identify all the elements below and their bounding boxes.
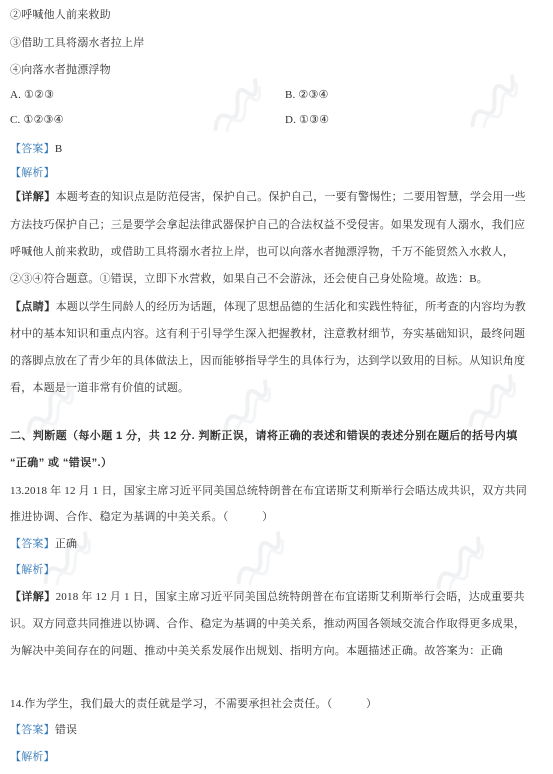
text-run: 识。双方同意共同推进以协调、合作、稳定为基调的中美关系，推动两国各领域交流合作取… xyxy=(10,618,525,630)
q12-note-line: 看，本题是一道非常有价值的试题。 xyxy=(10,381,189,396)
text-run: D. ①③④ xyxy=(285,114,329,126)
exam-document-page: ②呼喊他人前来救助③借助工具将溺水者拉上岸④向落水者抛漂浮物A. ①②③B. ②… xyxy=(0,0,553,774)
q13-detail-line: 【详解】2018 年 12 月 1 日，国家主席习近平同美国总统特朗普在布宜诺斯… xyxy=(10,590,525,605)
section2-heading-line-2: “正确” 或 “错误”.） xyxy=(10,456,112,471)
answer-label: 【答案】 xyxy=(10,724,55,736)
watermark-squiggle xyxy=(457,62,553,138)
note-label: 【点睛】 xyxy=(10,301,56,313)
text-run: C. ①②③④ xyxy=(10,114,64,126)
text-run: 为解决中美间存在的问题、推动中美关系发展作出规划、指明方向。本题描述正确。故答案… xyxy=(10,645,503,657)
text-run: ②③④符合题意。①错误，立即下水营救，如果自己不会游泳，还会使自己身处险境。故选… xyxy=(10,273,488,285)
q13-detail-line: 为解决中美间存在的问题、推动中美关系发展作出规划、指明方向。本题描述正确。故答案… xyxy=(10,644,503,659)
q13-detail-line: 识。双方同意共同推进以协调、合作、稳定为基调的中美关系，推动两国各领域交流合作取… xyxy=(10,617,525,632)
q12-detail-line: 方法技巧保护自己；三是要学会拿起法律武器保护自己的合法权益不受侵害。如果发现有人… xyxy=(10,218,525,233)
text-run: 本题以学生同龄人的经历为话题，体现了思想品德的生活化和实践性特征，所考查的内容均… xyxy=(56,301,526,313)
q12-choice-c: C. ①②③④ xyxy=(10,113,64,128)
answer-value: B xyxy=(55,143,63,155)
text-run: ③借助工具将溺水者拉上岸 xyxy=(10,37,144,49)
text-run: 二、判断题（每小题 1 分，共 12 分. 判断正误，请将正确的表述和错误的表述… xyxy=(10,430,518,442)
q12-answer: 【答案】B xyxy=(10,142,62,157)
text-run: B. ②③④ xyxy=(285,89,329,101)
q12-option-3: ③借助工具将溺水者拉上岸 xyxy=(10,36,144,51)
q12-choice-b: B. ②③④ xyxy=(285,88,329,103)
q12-note-line: 【点睛】本题以学生同龄人的经历为话题，体现了思想品德的生活化和实践性特征，所考查… xyxy=(10,300,526,315)
q12-option-2: ②呼喊他人前来救助 xyxy=(10,8,111,23)
q14-answer: 【答案】错误 xyxy=(10,723,77,738)
q12-detail-line: 【详解】本题考查的知识点是防范侵害，保护自己。保护自己，一要有警惕性；二要用智慧… xyxy=(10,190,526,205)
q12-choice-d: D. ①③④ xyxy=(285,113,329,128)
q12-detail-line: ②③④符合题意。①错误，立即下水营救，如果自己不会游泳，还会使自己身处险境。故选… xyxy=(10,272,488,287)
q13-stem-line: 13.2018 年 12 月 1 日，国家主席习近平同美国总统特朗普在布宜诺斯艾… xyxy=(10,484,527,499)
q12-detail-line: 呼喊他人前来救助，或借助工具将溺水者拉上岸，也可以向落水者抛漂浮物，千万不能贸然… xyxy=(10,245,514,260)
watermark-squiggle xyxy=(200,66,302,142)
q14-analysis-label: 【解析】 xyxy=(10,750,55,765)
text-run: A. ①②③ xyxy=(10,89,54,101)
watermark-squiggle xyxy=(223,519,325,595)
section2-heading-line-1: 二、判断题（每小题 1 分，共 12 分. 判断正误，请将正确的表述和错误的表述… xyxy=(10,429,518,444)
q12-note-line: 的落脚点放在了青少年的具体做法上，因而能够指导学生的具体行为，达到学以致用的目标… xyxy=(10,354,525,369)
text-run: 方法技巧保护自己；三是要学会拿起法律武器保护自己的合法权益不受侵害。如果发现有人… xyxy=(10,219,525,231)
q12-note-line: 材中的基本知识和重点内容。这有利于引导学生深入把握教材，注意教材细节，夯实基础知… xyxy=(10,327,525,342)
answer-value: 正确 xyxy=(55,538,77,550)
analysis-label: 【解析】 xyxy=(10,751,55,763)
text-run: “正确” 或 “错误”.） xyxy=(10,457,112,469)
q13-answer: 【答案】正确 xyxy=(10,537,77,552)
text-run: ④向落水者抛漂浮物 xyxy=(10,64,111,76)
answer-value: 错误 xyxy=(55,724,77,736)
text-run: 13.2018 年 12 月 1 日，国家主席习近平同美国总统特朗普在布宜诺斯艾… xyxy=(10,485,527,497)
q14-stem: 14.作为学生，我们最大的责任就是学习，不需要承担社会责任。（ ） xyxy=(10,697,377,712)
watermark-squiggle xyxy=(30,519,132,595)
text-run: 看，本题是一道非常有价值的试题。 xyxy=(10,382,189,394)
q12-choice-a: A. ①②③ xyxy=(10,88,54,103)
watermark-squiggle xyxy=(455,362,553,438)
q13-stem-line: 推进协调、合作、稳定为基调的中美关系。（ ） xyxy=(10,510,273,525)
text-run: 的落脚点放在了青少年的具体做法上，因而能够指导学生的具体行为，达到学以致用的目标… xyxy=(10,355,525,367)
detail-label: 【详解】 xyxy=(10,591,56,603)
text-run: 本题考查的知识点是防范侵害，保护自己。保护自己，一要有警惕性；二要用智慧，学会用… xyxy=(56,191,526,203)
text-run: 推进协调、合作、稳定为基调的中美关系。（ ） xyxy=(10,511,273,523)
q13-analysis-label: 【解析】 xyxy=(10,563,55,578)
answer-label: 【答案】 xyxy=(10,143,55,155)
text-run: 材中的基本知识和重点内容。这有利于引导学生深入把握教材，注意教材细节，夯实基础知… xyxy=(10,328,525,340)
analysis-label: 【解析】 xyxy=(10,167,55,179)
q12-option-4: ④向落水者抛漂浮物 xyxy=(10,63,111,78)
answer-label: 【答案】 xyxy=(10,538,55,550)
detail-label: 【详解】 xyxy=(10,191,56,203)
q12-analysis-label: 【解析】 xyxy=(10,166,55,181)
text-run: ②呼喊他人前来救助 xyxy=(10,9,111,21)
text-run: 2018 年 12 月 1 日，国家主席习近平同美国总统特朗普在布宜诺斯艾利斯举… xyxy=(56,591,525,603)
text-run: 呼喊他人前来救助，或借助工具将溺水者拉上岸，也可以向落水者抛漂浮物，千万不能贸然… xyxy=(10,246,514,258)
text-run: 14.作为学生，我们最大的责任就是学习，不需要承担社会责任。（ ） xyxy=(10,698,377,710)
analysis-label: 【解析】 xyxy=(10,564,55,576)
